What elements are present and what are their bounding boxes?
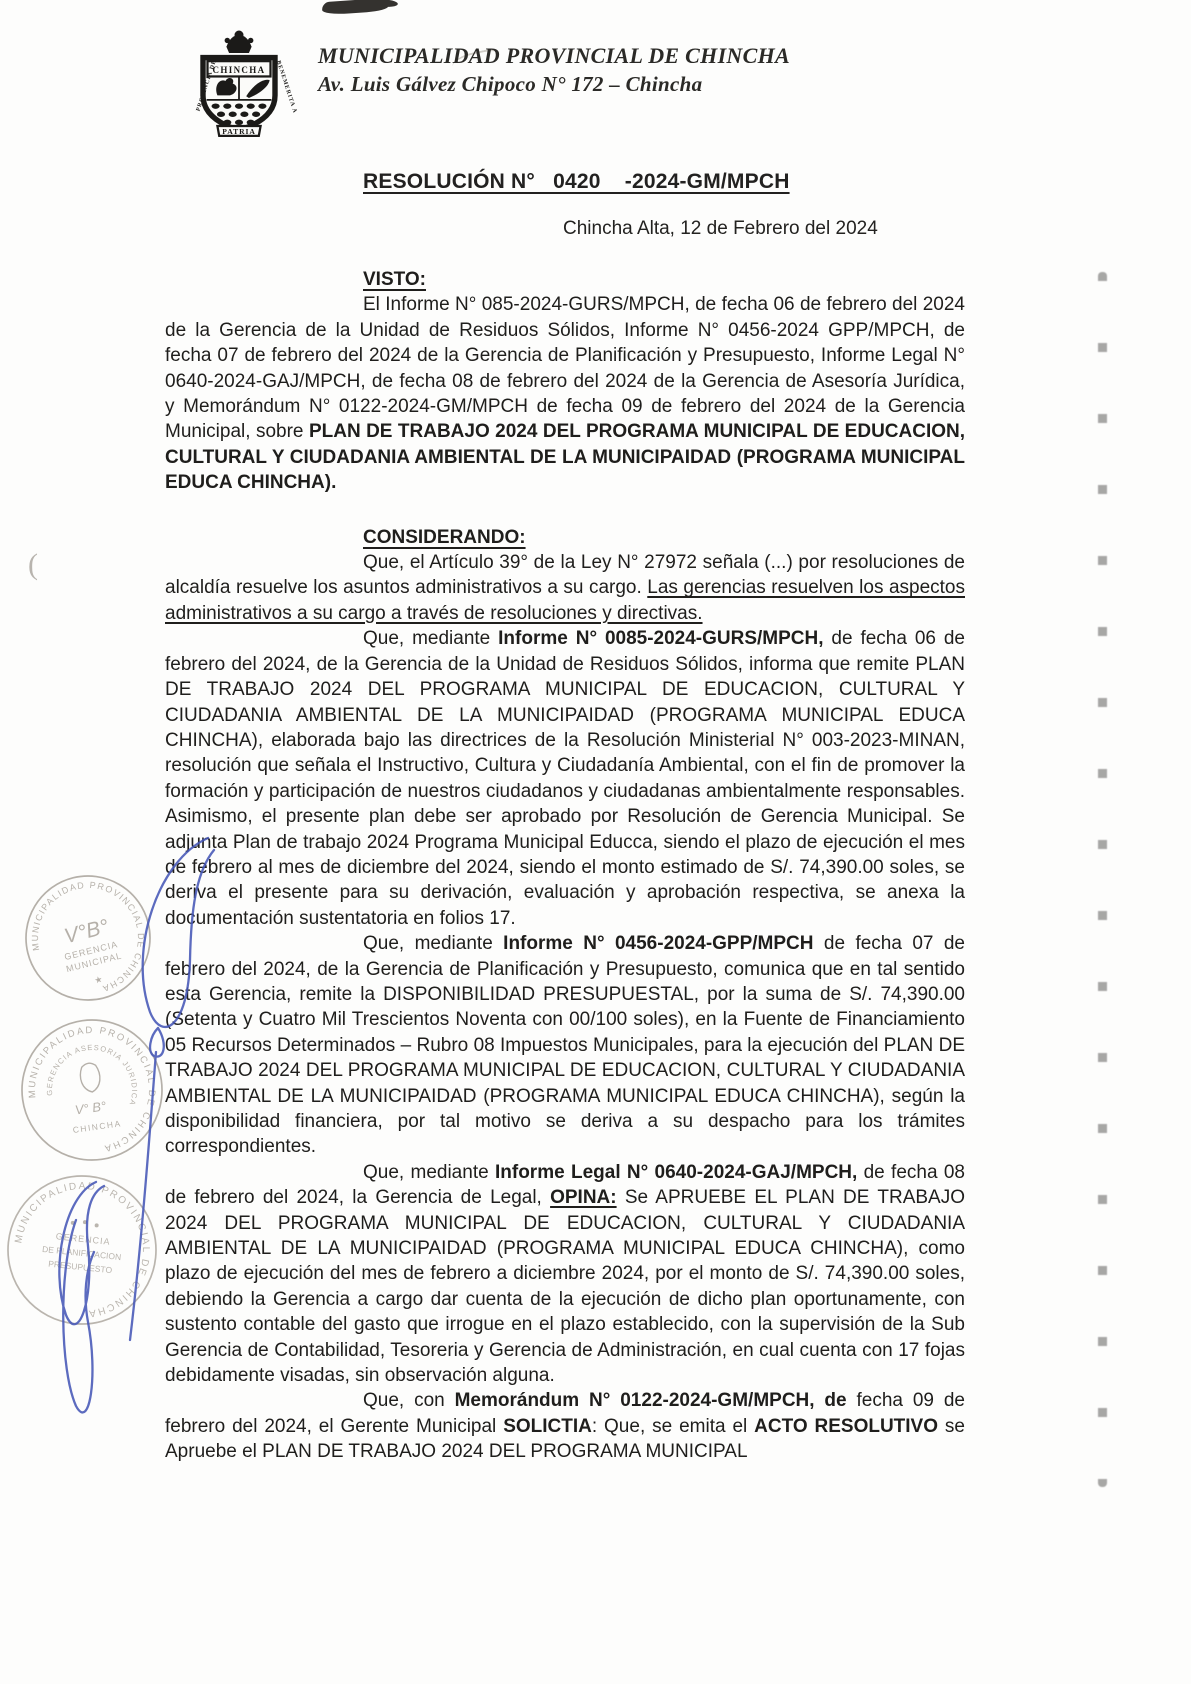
signature-stroke-3 — [59, 1182, 104, 1412]
org-name: MUNICIPALIDAD PROVINCIAL DE CHINCHA — [318, 42, 790, 70]
logo-banner-text: CHINCHA — [213, 65, 266, 75]
stamp-shield-icon — [79, 1062, 102, 1093]
svg-text:GERENCIA: GERENCIA — [55, 1231, 111, 1247]
scan-paren-mark: ( — [28, 548, 38, 582]
scan-smudge — [322, 0, 389, 15]
svg-text:PRESUPUESTO: PRESUPUESTO — [48, 1259, 113, 1276]
scan-edge-marks — [1098, 272, 1107, 1487]
svg-text:CHINCHA: CHINCHA — [72, 1118, 122, 1135]
org-address: Av. Luis Gálvez Chipoco N° 172 – Chincha — [318, 70, 790, 98]
section-heading: CONSIDERANDO: — [363, 525, 526, 550]
svg-text:MUNICIPAL: MUNICIPAL — [65, 950, 123, 974]
logo-motto-text: PATRIA — [222, 127, 256, 136]
stamp-star-icon: ★ — [93, 974, 103, 986]
paragraph: Que, mediante Informe N° 0085-2024-GURS/… — [165, 626, 965, 931]
document-page: ( CHINCHA PATRIA — [0, 0, 1191, 1684]
svg-text:DE PLANIFICACION: DE PLANIFICACION — [42, 1244, 122, 1262]
stamp-planificacion-presupuesto: MUNICIPALIDAD PROVINCIAL DE CHINCHA GERE… — [1, 1169, 164, 1332]
svg-text:MUNICIPALIDAD PROVINCIAL DE CH: MUNICIPALIDAD PROVINCIAL DE CHINCHA — [18, 1016, 165, 1163]
paragraph: Que, mediante Informe N° 0456-2024-GPP/M… — [165, 931, 965, 1160]
svg-text:GERENCIA ASESORIA JURIDICA: GERENCIA ASESORIA JURIDICA — [39, 1037, 142, 1120]
svg-text:V° B°: V° B° — [74, 1098, 107, 1117]
letterhead: MUNICIPALIDAD PROVINCIAL DE CHINCHA Av. … — [318, 42, 790, 98]
stamp-gerencia-municipal: MUNICIPALIDAD PROVINCIAL DE CHINCHA V°B°… — [13, 863, 163, 1013]
svg-text:GERENCIA: GERENCIA — [63, 939, 119, 962]
section-heading: VISTO: — [363, 267, 426, 292]
paragraph: Que, el Artículo 39° de la Ley N° 27972 … — [165, 550, 965, 626]
svg-text:MUNICIPALIDAD PROVINCIAL DE CH: MUNICIPALIDAD PROVINCIAL DE CHINCHA — [6, 1174, 158, 1325]
paragraph: El Informe N° 085-2024-GURS/MPCH, de fec… — [165, 292, 965, 495]
logo-side-right-text: BENEMERITA A — [275, 60, 298, 114]
svg-text:V°B°: V°B° — [62, 915, 111, 948]
document-body: VISTO:El Informe N° 085-2024-GURS/MPCH, … — [165, 238, 965, 1465]
resolution-title: RESOLUCIÓN N° 0420 -2024-GM/MPCH — [363, 170, 790, 194]
paragraph: Que, con Memorándum N° 0122-2024-GM/MPCH… — [165, 1388, 965, 1464]
signature-stroke-2 — [130, 1028, 164, 1340]
dateline: Chincha Alta, 12 de Febrero del 2024 — [563, 218, 878, 240]
paragraph: Que, mediante Informe Legal N° 0640-2024… — [165, 1160, 965, 1389]
stamp-asesoria-juridica: MUNICIPALIDAD PROVINCIAL DE CHINCHA GERE… — [13, 1011, 171, 1169]
municipal-coat-of-arms-icon: CHINCHA PATRIA PROVINCIA DE BENEMERITA A — [176, 24, 302, 146]
svg-text:MUNICIPALIDAD PROVINCIAL DE CH: MUNICIPALIDAD PROVINCIAL DE CHINCHA — [18, 868, 159, 1009]
